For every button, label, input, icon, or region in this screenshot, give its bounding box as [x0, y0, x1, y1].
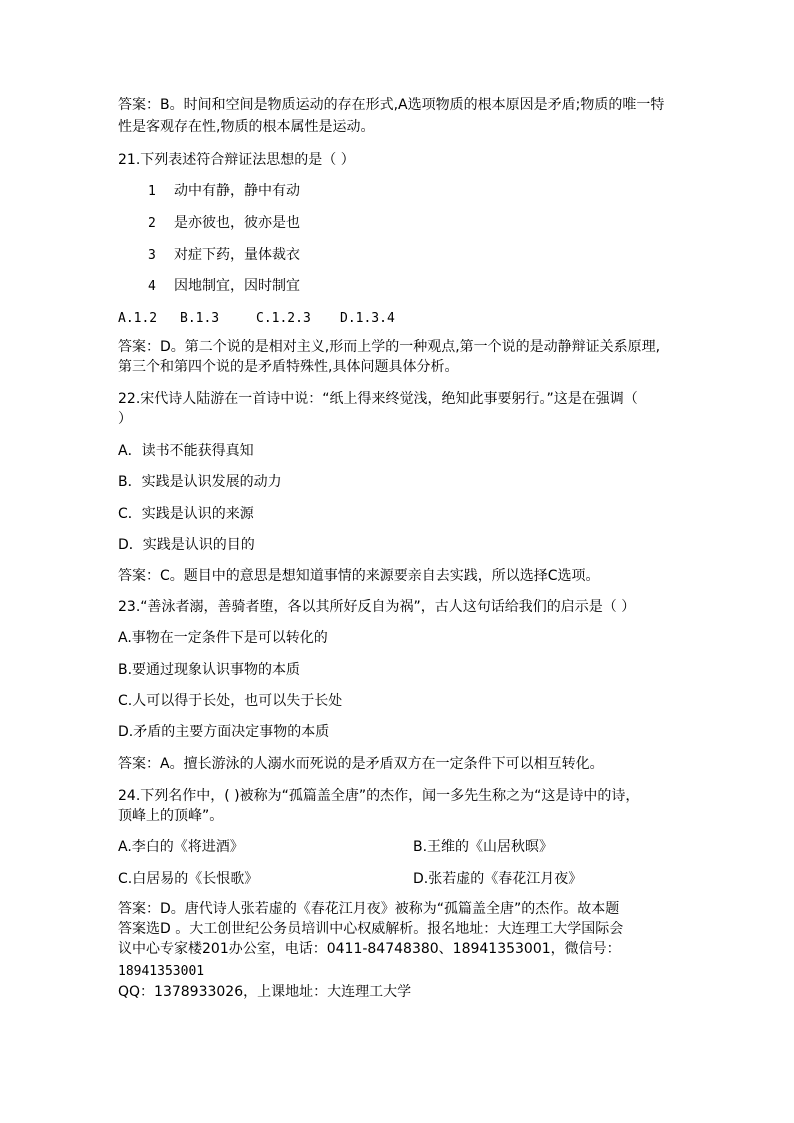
q20-answer-line-1: 答案：B。时间和空间是物质运动的存在形式,A选项物质的根本原因是矛盾;物质的唯一… — [118, 95, 664, 115]
q22-stem-line-1: 22.宋代诗人陆游在一首诗中说：“纸上得来终觉浅，绝知此事要躬行。”这是在强调（ — [118, 389, 638, 409]
q22-option-b: B．实践是认识发展的动力 — [118, 472, 282, 492]
q21-statement-2: 2是亦彼也，彼亦是也 — [148, 213, 300, 234]
statement-number: 2 — [148, 214, 174, 234]
statement-number: 1 — [148, 182, 174, 202]
q23-stem: 23.“善泳者溺，善骑者堕，各以其所好反自为祸”，古人这句话给我们的启示是（ ） — [118, 597, 635, 617]
q24-answer-line-3: 议中心专家楼201办公室，电话：0411-84748380、1894135300… — [118, 939, 621, 959]
statement-text: 是亦彼也，彼亦是也 — [174, 215, 300, 231]
q22-option-a: A．读书不能获得真知 — [118, 441, 254, 461]
q24-option-a: A.李白的《将进酒》 — [118, 837, 244, 857]
statement-number: 3 — [148, 246, 174, 266]
q22-answer: 答案：C。题目中的意思是想知道事情的来源要亲自去实践，所以选择C选项。 — [118, 566, 600, 586]
q24-answer-line-4: 18941353001 — [118, 962, 204, 982]
q24-stem-line-2: 顶峰上的顶峰”。 — [118, 806, 223, 826]
q21-answer-line-2: 第三个和第四个说的是矛盾特殊性,具体问题具体分析。 — [118, 357, 458, 377]
q22-option-c: C．实践是认识的来源 — [118, 504, 254, 524]
q21-stem: 21.下列表述符合辩证法思想的是（ ） — [118, 150, 355, 170]
q24-option-c: C.白居易的《长恨歌》 — [118, 869, 258, 889]
q21-answer-line-1: 答案：D。第二个说的是相对主义,形而上学的一种观点,第一个说的是动静辩证关系原理… — [118, 337, 660, 357]
q21-options: A.1.2B.1.3C.1.2.3D.1.3.4 — [118, 308, 395, 329]
q24-option-b: B.王维的《山居秋暝》 — [413, 837, 553, 857]
q21-statement-4: 4因地制宜，因时制宜 — [148, 276, 300, 297]
statement-text: 因地制宜，因时制宜 — [174, 278, 300, 294]
q23-answer: 答案：A。擅长游泳的人溺水而死说的是矛盾双方在一定条件下可以相互转化。 — [118, 754, 604, 774]
q23-option-c: C.人可以得于长处，也可以失于长处 — [118, 691, 342, 711]
q24-answer-line-5: QQ：1378933026，上课地址：大连理工大学 — [118, 982, 411, 1002]
q23-option-b: B.要通过现象认识事物的本质 — [118, 660, 300, 680]
q24-answer-line-2: 答案选D 。大工创世纪公务员培训中心权威解析。报名地址：大连理工大学国际会 — [118, 919, 623, 939]
statement-number: 4 — [148, 277, 174, 297]
statement-text: 动中有静，静中有动 — [174, 183, 300, 199]
q24-answer-line-1: 答案：D。唐代诗人张若虚的《春花江月夜》被称为“孤篇盖全唐”的杰作。故本题 — [118, 899, 619, 919]
q24-stem-line-1: 24.下列名作中，( )被称为“孤篇盖全唐”的杰作，闻一多先生称之为“这是诗中的… — [118, 786, 639, 806]
q23-option-a: A.事物在一定条件下是可以转化的 — [118, 628, 328, 648]
statement-text: 对症下药，量体裁衣 — [174, 247, 300, 263]
q21-option-d: D.1.3.4 — [340, 309, 395, 329]
q21-option-c: C.1.2.3 — [256, 309, 340, 329]
q21-statement-1: 1动中有静，静中有动 — [148, 181, 300, 202]
q22-option-d: D．实践是认识的目的 — [118, 535, 255, 555]
q23-option-d: D.矛盾的主要方面决定事物的本质 — [118, 722, 329, 742]
q22-stem-line-2: ） — [118, 409, 132, 429]
q21-option-a: A.1.2 — [118, 309, 180, 329]
q21-statement-3: 3对症下药，量体裁衣 — [148, 245, 300, 266]
q24-option-d: D.张若虚的《春花江月夜》 — [413, 869, 582, 889]
q21-option-b: B.1.3 — [180, 309, 256, 329]
q20-answer-line-2: 性是客观存在性,物质的根本属性是运动。 — [118, 117, 374, 137]
